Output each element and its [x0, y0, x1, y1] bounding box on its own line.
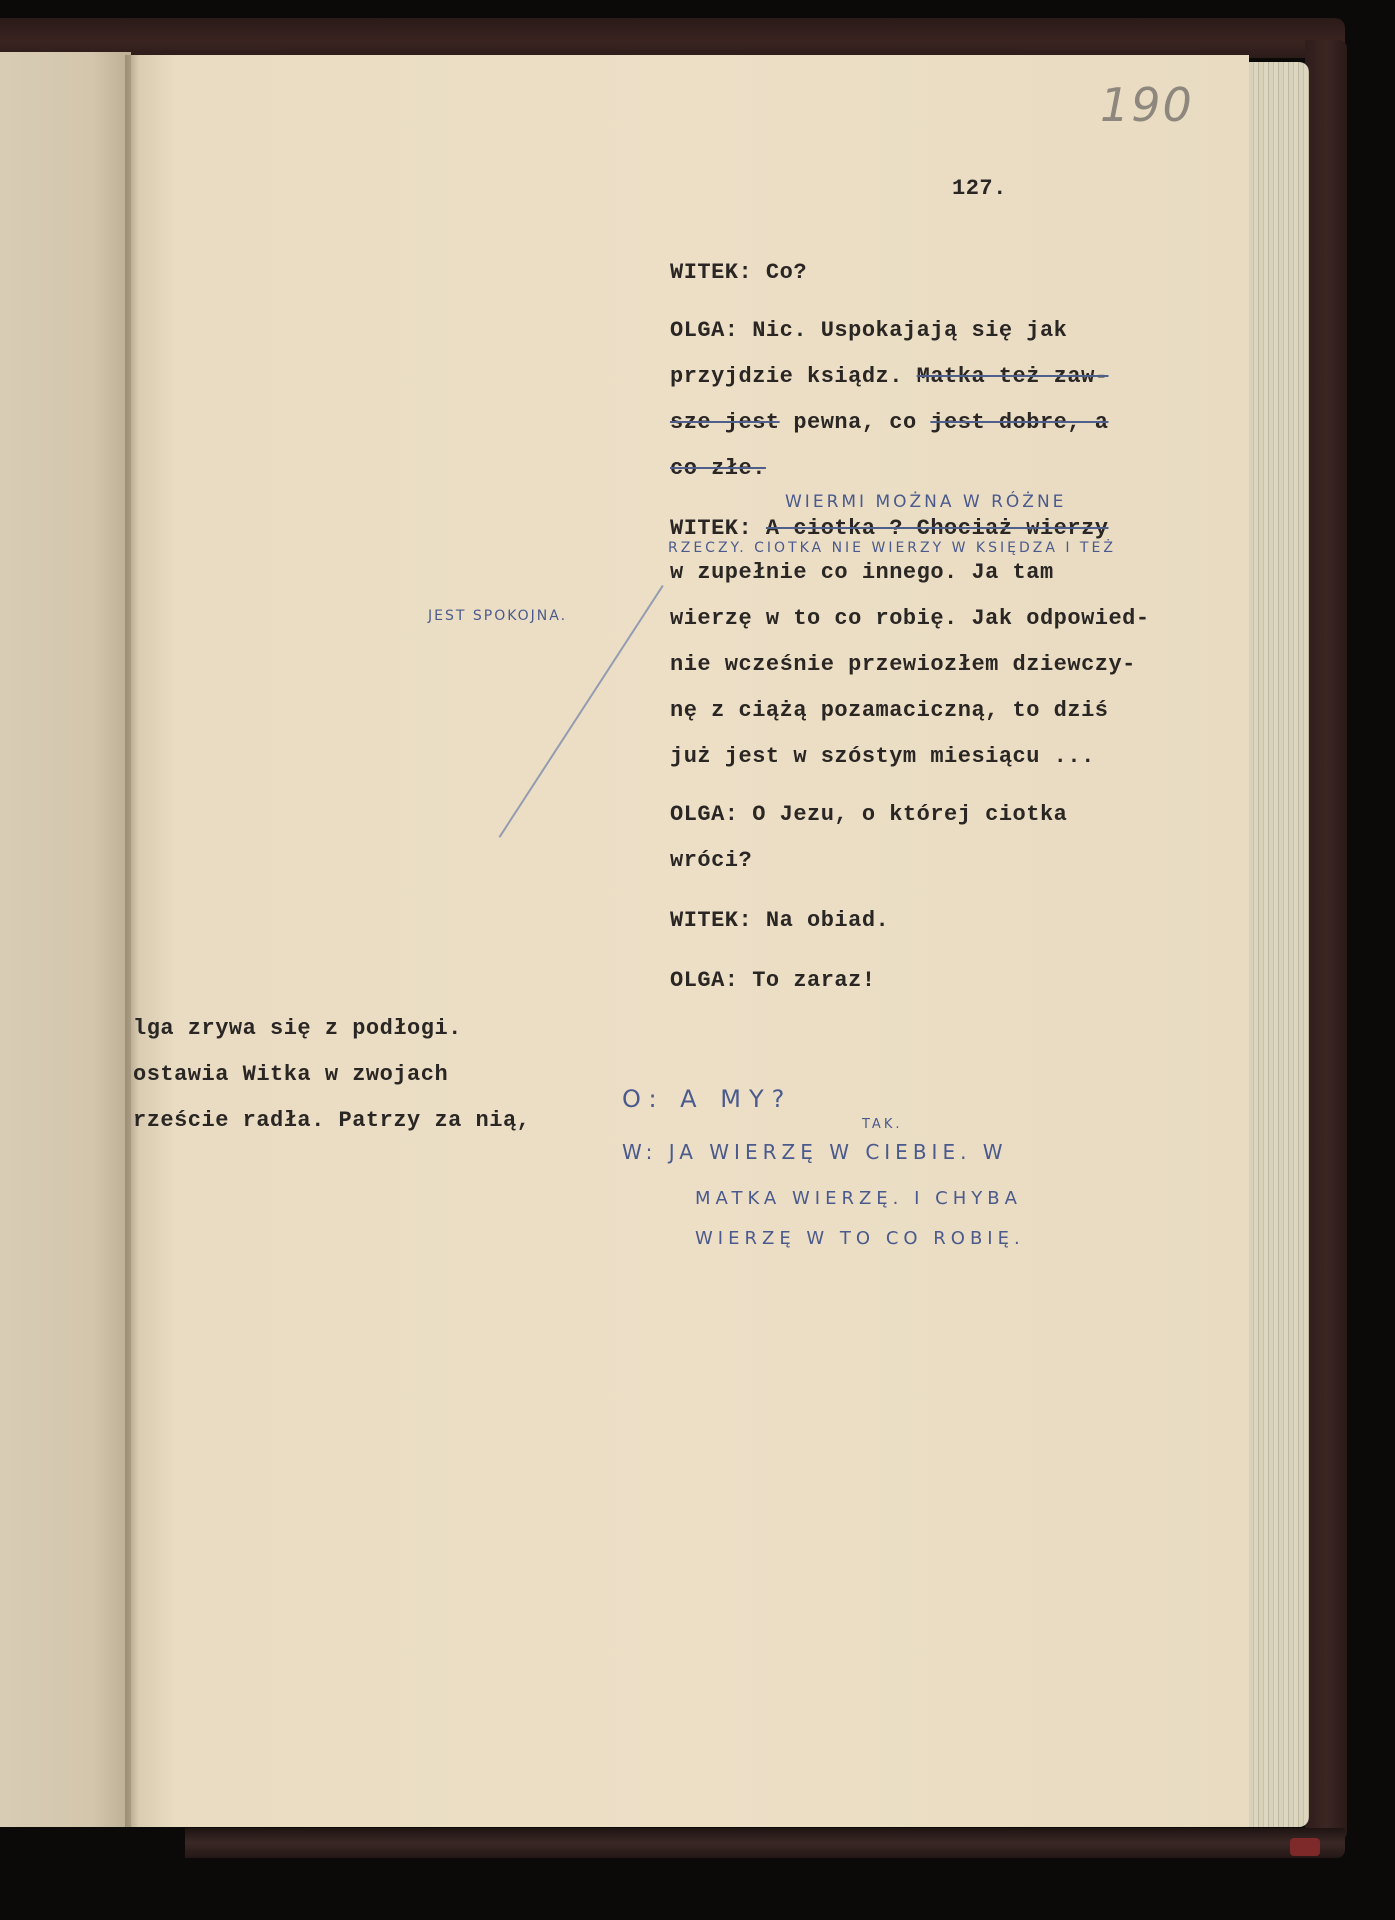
speaker-label: OLGA: — [670, 968, 739, 993]
stage-direction-line: ostawia Witka w zwojach — [133, 1064, 448, 1086]
handwritten-insert-line: O: A MY? — [622, 1085, 792, 1113]
handwritten-insert-line: W: JA WIERZĘ W CIEBIE. W — [622, 1140, 1008, 1164]
dialogue-line: OLGA: O Jezu, o której ciotka — [670, 804, 1067, 826]
struck-text: A ciotka ? Chociaż wierzy — [766, 516, 1109, 541]
dialogue-line: już jest w szóstym miesiącu ... — [670, 746, 1095, 768]
book-cover-bottom — [185, 1828, 1345, 1858]
book-cover-right — [1305, 40, 1347, 1840]
struck-text: sze jest — [670, 410, 780, 435]
dialogue-text: Na obiad. — [766, 908, 889, 933]
page-number: 127. — [952, 178, 1007, 200]
book-cover-top — [0, 18, 1345, 58]
dialogue-line: sze jest pewna, co jest dobre, a — [670, 412, 1109, 434]
cover-corner-wear — [1290, 1838, 1320, 1856]
dialogue-line: co złe. — [670, 458, 766, 480]
dialogue-text: w zupełnie co innego. Ja tam — [670, 560, 1054, 585]
handwritten-insert-above: WIERMI MOŻNA W RÓŻNE — [785, 492, 1066, 512]
gutter-shadow — [125, 55, 139, 1827]
dialogue-line: WITEK: A ciotka ? Chociaż wierzy — [670, 518, 1108, 540]
dialogue-text: przyjdzie ksiądz. — [670, 364, 917, 389]
dialogue-text: nę z ciążą pozamaciczną, to dziś — [670, 698, 1108, 723]
dialogue-text: To zaraz! — [752, 968, 875, 993]
folio-number: 190 — [1100, 78, 1194, 132]
dialogue-line: WITEK: Co? — [670, 262, 807, 284]
dialogue-line: OLGA: Nic. Uspokajają się jak — [670, 320, 1067, 342]
dialogue-text: wierzę w to co robię. Jak odpowied- — [670, 606, 1150, 631]
dialogue-line: WITEK: Na obiad. — [670, 910, 889, 932]
speaker-label: OLGA: — [670, 318, 739, 343]
handwritten-insert-below: RZECZY. CIOTKA NIE WIERZY W KSIĘDZA I TE… — [668, 540, 1116, 556]
dialogue-line: wróci? — [670, 850, 752, 872]
stage-direction-line: rzeście radła. Patrzy za nią, — [133, 1110, 530, 1132]
dialogue-text: nie wcześnie przewiozłem dziewczy- — [670, 652, 1136, 677]
previous-page — [0, 52, 131, 1827]
page-edges — [1249, 62, 1309, 1827]
margin-note: JEST SPOKOJNA. — [428, 608, 567, 624]
dialogue-text: już jest w szóstym miesiącu ... — [670, 744, 1095, 769]
handwritten-insert-line: TAK. — [862, 1117, 902, 1132]
dialogue-line: nę z ciążą pozamaciczną, to dziś — [670, 700, 1108, 722]
speaker-label: WITEK: — [670, 260, 752, 285]
struck-text: Matka też zaw- — [917, 364, 1109, 389]
struck-text: co złe. — [670, 456, 766, 481]
dialogue-text: O Jezu, o której ciotka — [752, 802, 1067, 827]
dialogue-line: wierzę w to co robię. Jak odpowied- — [670, 608, 1150, 630]
handwritten-insert-line: WIERZĘ W TO CO ROBIĘ. — [695, 1228, 1025, 1249]
dialogue-line: przyjdzie ksiądz. Matka też zaw- — [670, 366, 1108, 388]
speaker-label: WITEK: — [670, 516, 752, 541]
dialogue-line: nie wcześnie przewiozłem dziewczy- — [670, 654, 1136, 676]
stage-direction-line: lga zrywa się z podłogi. — [133, 1018, 462, 1040]
speaker-label: WITEK: — [670, 908, 752, 933]
speaker-label: OLGA: — [670, 802, 739, 827]
handwritten-insert-line: MATKA WIERZĘ. I CHYBA — [695, 1188, 1022, 1209]
dialogue-text: wróci? — [670, 848, 752, 873]
dialogue-line: OLGA: To zaraz! — [670, 970, 876, 992]
struck-text: jest dobre, a — [930, 410, 1108, 435]
dialogue-line: w zupełnie co innego. Ja tam — [670, 562, 1054, 584]
dialogue-text: pewna, co — [780, 410, 931, 435]
dialogue-text: Nic. Uspokajają się jak — [752, 318, 1067, 343]
dialogue-text: Co? — [766, 260, 807, 285]
